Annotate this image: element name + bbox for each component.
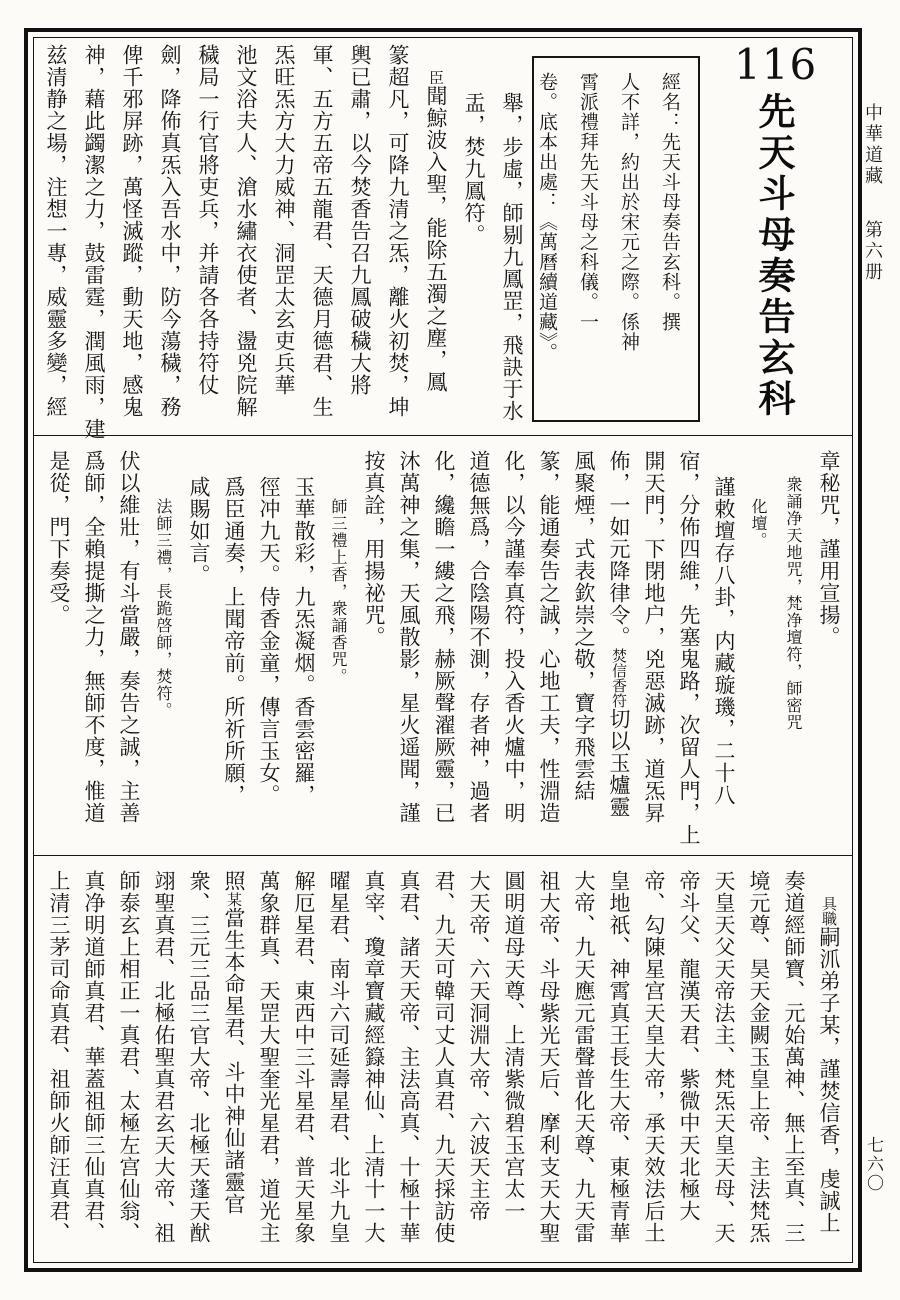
text-run: 解厄星君、東西中三斗星君、普天星象 (292, 870, 316, 1244)
text-run: 俾千邪屏跡，萬怪滅蹤，動天地，感鬼 (120, 44, 144, 418)
text-column: 帝、勾陳星宫天皇大帝，承天效法后土 (636, 870, 671, 1251)
text-run: 盂，焚九鳳符。 (462, 92, 486, 246)
text-column: 真君、諸天天帝、主法高真、十極十華 (391, 870, 426, 1251)
text-column: 化壇。 (741, 450, 776, 851)
text-column: 兹清静之場，注想一專，威靈多變，經 (37, 44, 75, 435)
page-frame-inner: 116 先天斗母奏告玄科 經名：先天斗母奏告玄科。撰人不詳，約出於宋元之際。係神… (33, 37, 853, 1263)
text-run: 某 (225, 892, 243, 907)
text-run: 炁旺炁方大力威神、洞罡太玄吏兵華 (272, 44, 296, 396)
text-run: 皇地祇、神霄真王長生大帝、東極青華 (607, 870, 631, 1244)
text-run: 舉，步虛，師剔九鳳罡，飛訣于水 (500, 92, 524, 422)
text-run: 大天帝、六天洞淵大帝、六波天主帝 (467, 870, 491, 1222)
colophon-columns: 經名：先天斗母奏告玄科。撰人不詳，約出於宋元之際。係神霄派禮拜先天斗母之科儀。一… (534, 58, 698, 420)
text-run: 徑冲九天。侍香金童，傳言玉女。 (257, 476, 281, 806)
text-column: 皇地祇、神霄真王長生大帝、東極青華 (601, 870, 636, 1251)
colophon-column: 霄派禮拜先天斗母之科儀。一 (567, 72, 608, 412)
text-run: 道德無爲，合陰陽不測，存者神，過者 (467, 450, 491, 824)
text-run: 翊聖真君、北極佑聖真君玄天大帝、祖 (152, 870, 176, 1244)
text-run: 帝斗父、龍漢天君、紫微中天北極大 (677, 870, 701, 1222)
text-column: 按真詮，用揚祕咒。 (356, 450, 391, 851)
text-run: 池文浴夫人、滄水繡衣使者、盪兇院解 (234, 44, 258, 418)
text-column: 衆誦净天地咒，梵净壇符，師密咒 (776, 450, 811, 851)
text-run: 風聚煙，式表欽崇之敬，寶字飛雲結 (572, 450, 596, 802)
text-column: 照某當生本命星君、斗中神仙諸靈官 (216, 870, 251, 1251)
text-column: 化，纔瞻一縷之飛，赫厥聲濯厥靈，已 (426, 450, 461, 851)
text-run: 化，纔瞻一縷之飛，赫厥聲濯厥靈，已 (432, 450, 456, 824)
text-column: 師三禮上香，衆誦香咒。 (321, 450, 356, 851)
top-text-columns: 舉，步虛，師剔九鳳罡，飛訣于水盂，焚九鳳符。臣聞鯨波入聖，能除五濁之塵，鳳篆超凡… (34, 38, 531, 435)
text-column: 天皇天父天帝法主、梵炁天皇天母、天 (706, 870, 741, 1251)
text-run: 奏道經師寶、元始萬神、無上至真、三 (782, 870, 806, 1244)
text-run: 按真詮，用揚祕咒。 (362, 450, 386, 648)
text-run: 帝、勾陳星宫天皇大帝，承天效法后土 (642, 870, 666, 1244)
text-column: 篆超凡，可降九清之炁，離火初焚，坤 (379, 44, 417, 435)
text-column: 大天帝、六天洞淵大帝、六波天主帝 (461, 870, 496, 1251)
text-column: 徑冲九天。侍香金童，傳言玉女。 (251, 450, 286, 851)
text-run: 化，以今謹奉真符，投入香火爐中，明 (502, 450, 526, 824)
text-run: 上清三茅司命真君、祖師火師汪真君、 (47, 870, 71, 1244)
text-run: 境元尊、昊天金闕玉皇上帝、主法梵炁 (747, 870, 771, 1244)
section-bottom-band: 具職嗣沠弟子某，謹焚信香，虔誠上奏道經師寶、元始萬神、無上至真、三境元尊、昊天金… (34, 856, 852, 1255)
text-column: 圓明道母天尊、上清紫微碧玉宫太一 (496, 870, 531, 1251)
text-run: 兹清静之場，注想一專，威靈多變，經 (44, 44, 68, 418)
text-run: 萬象群真、天罡大聖奎光星君，道光主 (257, 870, 281, 1244)
page-frame-outer: 116 先天斗母奏告玄科 經名：先天斗母奏告玄科。撰人不詳，約出於宋元之際。係神… (24, 28, 862, 1272)
text-run: 爲臣通奏，上聞帝前。所祈所願， (222, 476, 246, 806)
text-column: 奏道經師寶、元始萬神、無上至真、三 (776, 870, 811, 1251)
text-column: 萬象群真、天罡大聖奎光星君，道光主 (251, 870, 286, 1251)
text-run: 是從，門下奏受。 (47, 450, 71, 626)
text-column: 盂，焚九鳳符。 (455, 44, 493, 435)
text-column: 沐萬神之集，天風散影，星火遥聞，謹 (391, 450, 426, 851)
text-column: 輿已肅，以今焚香告召九鳳破穢大將 (341, 44, 379, 435)
book-page-scan: 中華道藏 第六册 七六〇 116 先天斗母奏告玄科 經名：先天斗母奏告玄科。撰人… (0, 0, 900, 1300)
text-column: 軍、五方五帝五龍君、天德月德君、生 (303, 44, 341, 435)
text-run: 玉華散彩，九炁凝烟。香雲密羅， (292, 476, 316, 806)
text-run: 當生本命星君、斗中神仙諸靈官 (222, 907, 246, 1215)
text-run: 真君、諸天天帝、主法高真、十極十華 (397, 870, 421, 1244)
text-run: 法師三禮，長跪啓師，焚符。 (154, 498, 173, 719)
text-run: 衆誦净天地咒，梵净壇符，師密咒 (784, 476, 803, 731)
text-column: 篆，能通奏告之誠，心地工夫，性淵造 (531, 450, 566, 851)
text-run: 師三禮上香，衆誦香咒。 (329, 498, 348, 685)
text-run: 師泰玄上相正一真君、太極左宫仙翁、 (117, 870, 141, 1244)
text-run: 化壇。 (749, 498, 768, 549)
text-column: 翊聖真君、北極佑聖真君玄天大帝、祖 (146, 870, 181, 1251)
text-run: 照 (222, 870, 246, 892)
text-column: 神，藉此蠲潔之力，鼓雷霆，潤風雨，建 (75, 44, 113, 435)
text-column: 池文浴夫人、滄水繡衣使者、盪兇院解 (227, 44, 265, 435)
text-run: 圓明道母天尊、上清紫微碧玉宫太一 (502, 870, 526, 1222)
section-middle-band: 章秘咒，謹用宣揚。衆誦净天地咒，梵净壇符，師密咒化壇。謹敕壇存八卦，内藏璇璣，二… (34, 436, 852, 856)
text-run: 篆超凡，可降九清之炁，離火初焚，坤 (386, 44, 410, 418)
text-column: 真净明道師真君、華蓋祖師三仙真君、 (76, 870, 111, 1251)
text-column: 舉，步虛，師剔九鳳罡，飛訣于水 (493, 44, 531, 435)
text-run: 切以玉爐靈 (607, 708, 631, 818)
text-column: 師泰玄上相正一真君、太極左宫仙翁、 (111, 870, 146, 1251)
colophon-column: 卷。底本出處：《萬曆續道藏》。 (526, 72, 567, 412)
text-column: 臣聞鯨波入聖，能除五濁之塵，鳳 (417, 44, 455, 435)
text-column: 俾千邪屏跡，萬怪滅蹤，動天地，感鬼 (113, 44, 151, 435)
text-run: 沐萬神之集，天風散影，星火遥聞，謹 (397, 450, 421, 824)
text-run: 輿已肅，以今焚香告召九鳳破穢大將 (348, 44, 372, 396)
text-run: 穢局一行官將吏兵，并請各各持符仗 (196, 44, 220, 396)
text-run: 天皇天父天帝法主、梵炁天皇天母、天 (712, 870, 736, 1244)
section-title-band: 116 先天斗母奏告玄科 經名：先天斗母奏告玄科。撰人不詳，約出於宋元之際。係神… (34, 38, 852, 436)
text-run: 宿，分佈四維，先塞鬼路，次留人門，上 (677, 450, 701, 846)
text-column: 章秘咒，謹用宣揚。 (811, 450, 846, 851)
text-column: 衆、三元三品三官大帝、北極天蓬天猷 (181, 870, 216, 1251)
text-run: 神，藉此蠲潔之力，鼓雷霆，潤風雨，建 (82, 44, 106, 440)
text-run: 開天門，下閉地户，兇惡滅跡，道炁昇 (642, 450, 666, 824)
text-run: 嗣沠弟子某，謹焚信香，虔誠上 (817, 926, 841, 1234)
text-run: 佈，一如元降律令。 (607, 450, 631, 648)
text-column: 風聚煙，式表欽崇之敬，寶字飛雲結 (566, 450, 601, 851)
text-column: 爲師，全賴提撕之力，無師不度，惟道 (76, 450, 111, 851)
text-column: 化，以今謹奉真符，投入香火爐中，明 (496, 450, 531, 851)
colophon-box: 經名：先天斗母奏告玄科。撰人不詳，約出於宋元之際。係神霄派禮拜先天斗母之科儀。一… (532, 56, 700, 422)
text-run: 軍、五方五帝五龍君、天德月德君、生 (310, 44, 334, 418)
text-run: 章秘咒，謹用宣揚。 (817, 450, 841, 648)
volume-label-series: 中華道藏 (859, 103, 885, 187)
text-run: 焚信香符 (610, 648, 628, 708)
text-run: 衆、三元三品三官大帝、北極天蓬天猷 (187, 870, 211, 1244)
text-column: 謹敕壇存八卦，内藏璇璣，二十八 (706, 450, 741, 851)
text-column: 佈，一如元降律令。焚信香符切以玉爐靈 (601, 450, 636, 851)
text-run: 真净明道師真君、華蓋祖師三仙真君、 (82, 870, 106, 1244)
middle-text-columns: 章秘咒，謹用宣揚。衆誦净天地咒，梵净壇符，師密咒化壇。謹敕壇存八卦，内藏璇璣，二… (34, 436, 852, 855)
text-column: 帝斗父、龍漢天君、紫微中天北極大 (671, 870, 706, 1251)
text-run: 具職 (820, 896, 838, 926)
volume-label-book: 第六册 (859, 220, 885, 283)
text-column: 穢局一行官將吏兵，并請各各持符仗 (189, 44, 227, 435)
text-column: 曜星君、南斗六司延壽星君、北斗九皇 (321, 870, 356, 1251)
text-run: 爲師，全賴提撕之力，無師不度，惟道 (82, 450, 106, 824)
text-column: 是從，門下奏受。 (41, 450, 76, 851)
text-column: 宿，分佈四維，先塞鬼路，次留人門，上 (671, 450, 706, 851)
text-run: 聞鯨波入聖，能除五濁之塵，鳳 (424, 85, 448, 393)
text-column: 玉華散彩，九炁凝烟。香雲密羅， (286, 450, 321, 851)
text-column: 開天門，下閉地户，兇惡滅跡，道炁昇 (636, 450, 671, 851)
text-column: 具職嗣沠弟子某，謹焚信香，虔誠上 (811, 870, 846, 1251)
text-run: 咸賜如言。 (187, 476, 211, 586)
text-run: 大帝、九天應元雷聲普化天尊、九天雷 (572, 870, 596, 1244)
text-run: 謹敕壇存八卦，内藏璇璣，二十八 (712, 476, 736, 806)
text-run: 篆，能通奏告之誠，心地工夫，性淵造 (537, 450, 561, 824)
text-column: 大帝、九天應元雷聲普化天尊、九天雷 (566, 870, 601, 1251)
colophon-column: 經名：先天斗母奏告玄科。撰 (649, 72, 690, 412)
text-column: 真宰、瓊章寶藏經籙神仙、上清十一大 (356, 870, 391, 1251)
text-run: 臣 (427, 70, 445, 85)
text-run: 真宰、瓊章寶藏經籙神仙、上清十一大 (362, 870, 386, 1244)
text-run: 伏以維壯，有斗當嚴，奏告之誠，主善 (117, 450, 141, 824)
text-column: 祖大帝、斗母紫光天后、摩利支天大聖 (531, 870, 566, 1251)
folio-arabic-number: 116 (734, 40, 812, 89)
text-column: 劍，降佈真炁入吾水中，防今蕩穢，務 (151, 44, 189, 435)
text-run: 劍，降佈真炁入吾水中，防今蕩穢，務 (158, 44, 182, 418)
page-number-chinese: 七六〇 (861, 1136, 886, 1193)
text-column: 炁旺炁方大力威神、洞罡太玄吏兵華 (265, 44, 303, 435)
text-run: 君、九天可韓司丈人真君、九天採訪使 (432, 870, 456, 1244)
text-column: 境元尊、昊天金闕玉皇上帝、主法梵炁 (741, 870, 776, 1251)
bottom-text-columns: 具職嗣沠弟子某，謹焚信香，虔誠上奏道經師寶、元始萬神、無上至真、三境元尊、昊天金… (34, 856, 852, 1255)
text-column: 君、九天可韓司丈人真君、九天採訪使 (426, 870, 461, 1251)
scripture-title: 先天斗母奏告玄科 (732, 92, 816, 432)
text-column: 伏以維壯，有斗當嚴，奏告之誠，主善 (111, 450, 146, 851)
text-column: 法師三禮，長跪啓師，焚符。 (146, 450, 181, 851)
text-column: 咸賜如言。 (181, 450, 216, 851)
text-run: 祖大帝、斗母紫光天后、摩利支天大聖 (537, 870, 561, 1244)
text-run: 曜星君、南斗六司延壽星君、北斗九皇 (327, 870, 351, 1244)
text-column: 道德無爲，合陰陽不測，存者神，過者 (461, 450, 496, 851)
colophon-column: 人不詳，約出於宋元之際。係神 (608, 72, 649, 412)
text-column: 解厄星君、東西中三斗星君、普天星象 (286, 870, 321, 1251)
text-column: 爲臣通奏，上聞帝前。所祈所願， (216, 450, 251, 851)
text-column: 上清三茅司命真君、祖師火師汪真君、 (41, 870, 76, 1251)
